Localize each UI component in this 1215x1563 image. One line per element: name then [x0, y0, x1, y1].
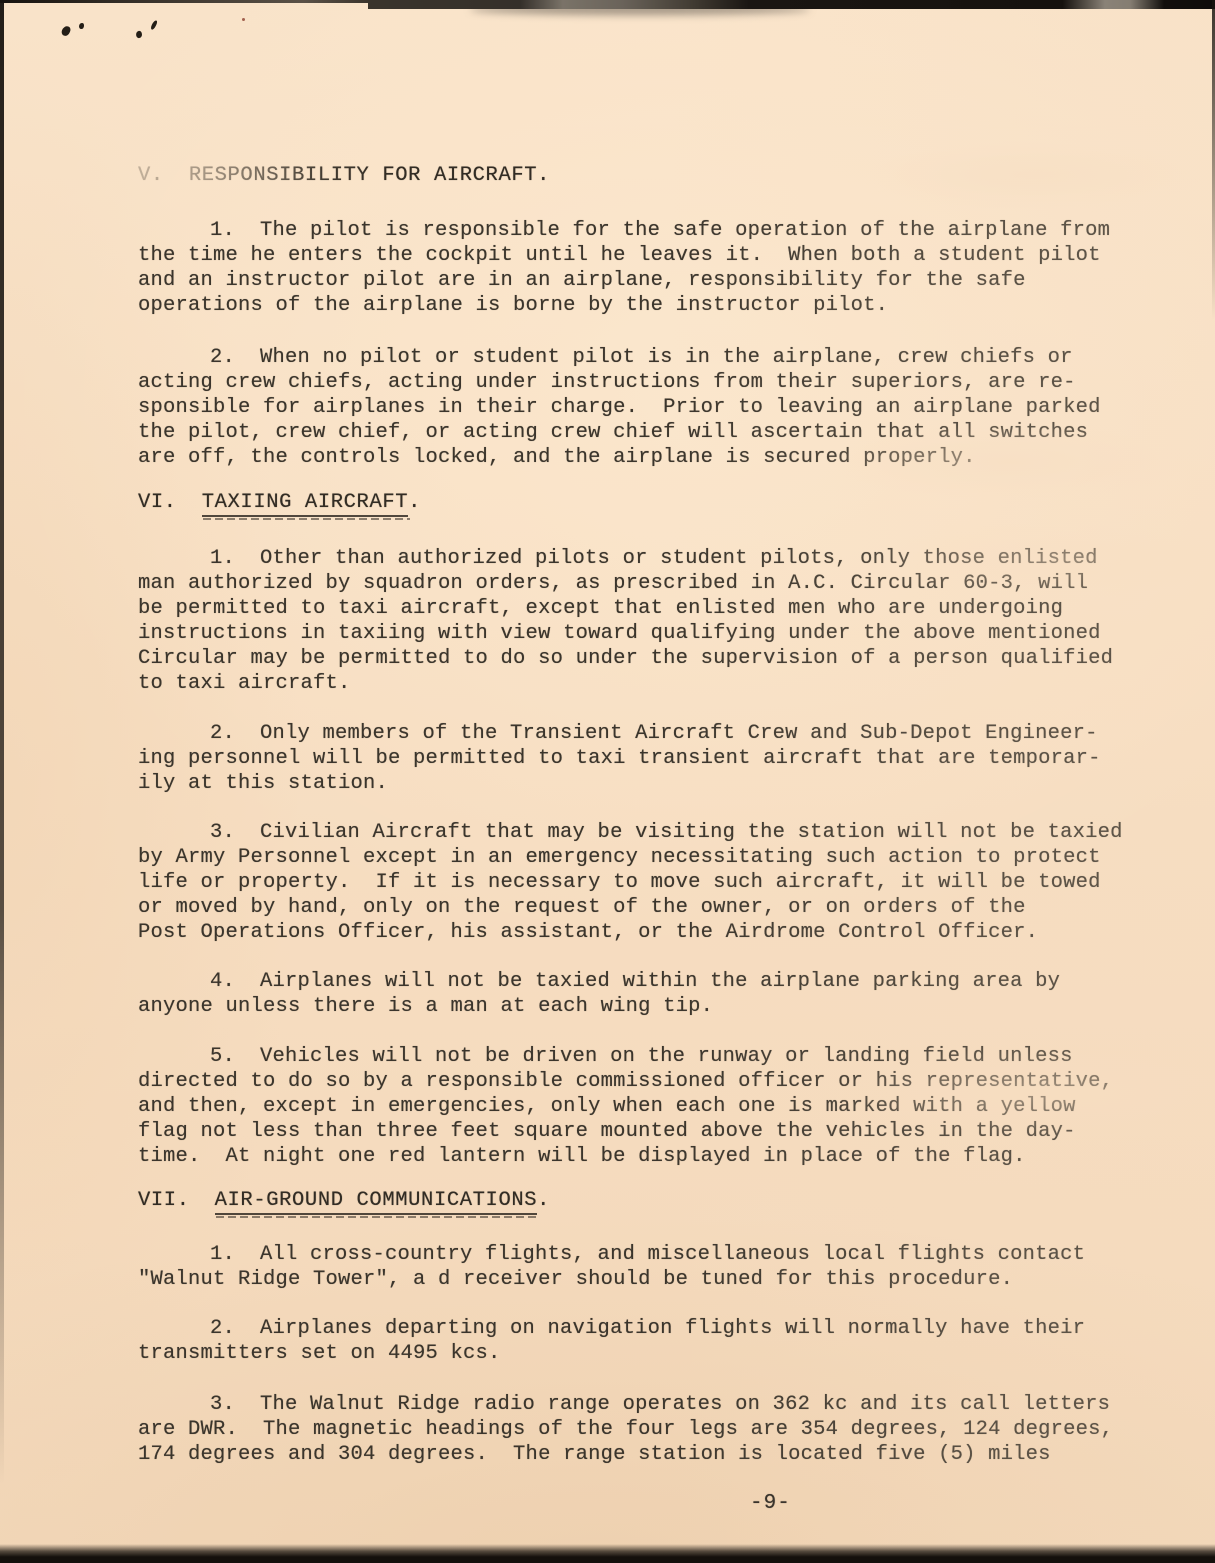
- section-title-period: .: [537, 164, 550, 187]
- section-numeral: V.: [138, 164, 164, 187]
- section-title: AIR-GROUND COMMUNICATIONS: [215, 1189, 538, 1215]
- paragraph-vi-3: 3. Civilian Aircraft that may be visitin…: [138, 820, 1123, 945]
- scanned-document-page: { "document": { "colors": { "paper": "#f…: [0, 0, 1215, 1563]
- paragraph-vi-2: 2. Only members of the Transient Aircraf…: [138, 721, 1101, 796]
- scan-edge-left: [0, 0, 4, 1515]
- paragraph-vi-4: 4. Airplanes will not be taxied within t…: [138, 969, 1060, 1019]
- section-heading-taxiing-aircraft: VI.TAXIING AIRCRAFT.: [138, 490, 421, 515]
- red-speck: [242, 18, 245, 21]
- scan-edge-top-dark-strip: [368, 0, 1215, 9]
- section-heading-air-ground-communications: VII.AIR-GROUND COMMUNICATIONS.: [138, 1188, 550, 1213]
- paragraph-v-2: 2. When no pilot or student pilot is in …: [138, 345, 1101, 470]
- ink-speck: [61, 25, 72, 37]
- ink-speck: [150, 20, 158, 31]
- page-number: -9-: [750, 1492, 791, 1515]
- scan-edge-bottom: [0, 1544, 1215, 1563]
- paragraph-vi-5: 5. Vehicles will not be driven on the ru…: [138, 1044, 1113, 1169]
- paragraph-v-1: 1. The pilot is responsible for the safe…: [138, 218, 1110, 318]
- section-numeral: VI.: [138, 491, 177, 514]
- paragraph-vii-1: 1. All cross-country flights, and miscel…: [138, 1242, 1085, 1292]
- paragraph-vii-2: 2. Airplanes departing on navigation fli…: [138, 1316, 1085, 1366]
- paragraph-vii-3: 3. The Walnut Ridge radio range operates…: [138, 1392, 1113, 1467]
- section-numeral: VII.: [138, 1189, 190, 1212]
- ink-speck: [79, 23, 84, 29]
- section-title: TAXIING AIRCRAFT: [202, 491, 408, 517]
- paragraph-vi-1: 1. Other than authorized pilots or stude…: [138, 546, 1113, 696]
- section-title-period: .: [408, 491, 421, 514]
- section-heading-responsibility-for-aircraft: V.RESPONSIBILITY FOR AIRCRAFT.: [138, 163, 550, 188]
- section-title-period: .: [537, 1189, 550, 1212]
- section-title: RESPONSIBILITY FOR AIRCRAFT: [189, 164, 537, 190]
- ink-speck: [135, 30, 143, 38]
